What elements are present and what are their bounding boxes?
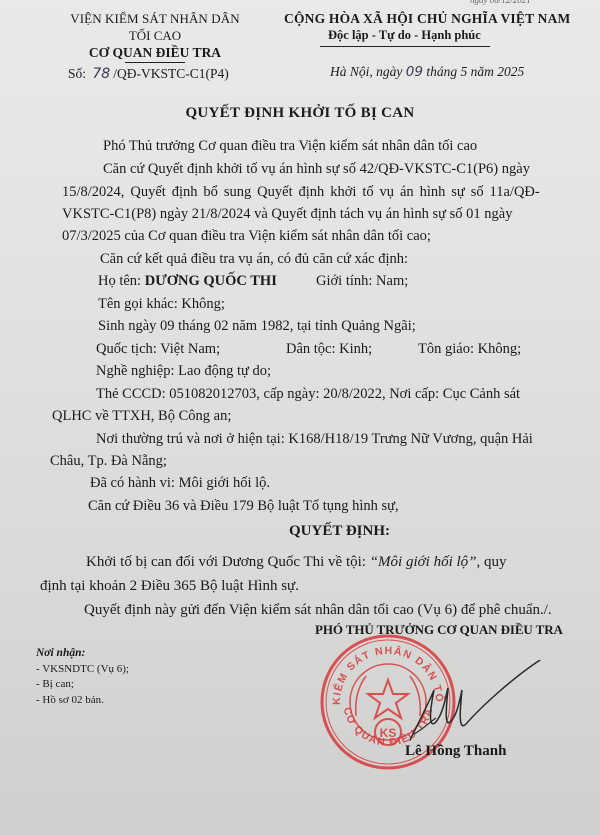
issuer-line: Phó Thủ trưởng Cơ quan điều tra Viện kiể… — [103, 138, 477, 155]
residence-line2: Châu, Tp. Đà Nẵng; — [50, 453, 167, 470]
basis1-line2: 15/8/2024, Quyết định bổ sung Quyết định… — [62, 184, 540, 201]
legal-basis: Căn cứ Điều 36 và Điều 179 Bộ luật Tố tụ… — [88, 498, 399, 515]
recipient-item: - Bị can; — [36, 677, 129, 693]
decision-line2: định tại khoản 2 Điều 365 Bộ luật Hình s… — [40, 578, 299, 595]
agency-underline — [125, 62, 185, 63]
agency-name-line1: VIỆN KIỂM SÁT NHÂN DÂN — [40, 10, 270, 27]
basis1-line3: VKSTC-C1(P8) ngày 21/8/2024 và Quyết địn… — [62, 206, 512, 223]
issuing-agency-block: VIỆN KIỂM SÁT NHÂN DÂN TỐI CAO CƠ QUAN Đ… — [40, 10, 270, 63]
signer-name: Lê Hồng Thanh — [405, 743, 506, 760]
ethnicity: Dân tộc: Kinh; — [286, 341, 372, 358]
handwritten-day: 09 — [406, 64, 423, 80]
national-motto: Độc lập - Tự do - Hạnh phúc — [284, 27, 600, 44]
place-date-prefix: Hà Nội, ngày — [330, 64, 402, 79]
document-title: QUYẾT ĐỊNH KHỞI TỐ BỊ CAN — [0, 105, 600, 122]
place-date: Hà Nội, ngày 09 tháng 5 năm 2025 — [330, 64, 524, 80]
number-label: Số: — [68, 66, 86, 81]
svg-text:KS: KS — [380, 726, 397, 740]
id-card-line1: Thẻ CCCD: 051082012703, cấp ngày: 20/8/2… — [96, 386, 520, 403]
defendant-name: DƯƠNG QUỐC THI — [145, 273, 277, 289]
residence-line1: Nơi thường trú và nơi ở hiện tại: K168/H… — [96, 431, 533, 448]
handwritten-number: 78 — [89, 66, 113, 82]
place-date-suffix: tháng 5 năm 2025 — [426, 64, 524, 79]
agency-name-line2: TỐI CAO — [40, 27, 270, 44]
recipient-item: - Hồ sơ 02 bản. — [36, 693, 129, 709]
decision-text: Khởi tố bị can đối với Dương Quốc Thi về… — [86, 554, 370, 570]
alias: Tên gọi khác: Không; — [98, 296, 225, 313]
recipient-item: - VKSNDTC (Vụ 6); — [36, 662, 129, 678]
gender: Giới tính: Nam; — [316, 273, 408, 290]
name-label: Họ tên: — [98, 273, 141, 289]
basis1-line4: 07/3/2025 của Cơ quan điều tra Viện kiểm… — [62, 228, 431, 245]
defendant-name-line: Họ tên: DƯƠNG QUỐC THI — [98, 273, 277, 290]
national-header-block: CỘNG HÒA XÃ HỘI CHỦ NGHĨA VIỆT NAM Độc l… — [284, 10, 600, 47]
id-card-line2: QLHC về TTXH, Bộ Công an; — [52, 408, 231, 425]
decision-heading: QUYẾT ĐỊNH: — [289, 523, 390, 540]
recipients-heading: Nơi nhận: — [36, 646, 129, 662]
basis1-line1: Căn cứ Quyết định khởi tố vụ án hình sự … — [103, 161, 530, 178]
document-number: Số: 78/QĐ-VKSTC-C1(P4) — [68, 66, 229, 82]
occupation: Nghề nghiệp: Lao động tự do; — [96, 363, 271, 380]
basis2-line: Căn cứ kết quả điều tra vụ án, có đủ căn… — [100, 251, 408, 268]
agency-department: CƠ QUAN ĐIỀU TRA — [40, 44, 270, 61]
decision-line1: Khởi tố bị can đối với Dương Quốc Thi về… — [86, 554, 507, 571]
crime-name: “Môi giới hối lộ” — [370, 554, 477, 570]
religion: Tôn giáo: Không; — [418, 341, 521, 358]
decision-text-suffix: , quy — [477, 554, 507, 570]
recipients-block: Nơi nhận: - VKSNDTC (Vụ 6); - Bị can; - … — [36, 646, 129, 708]
motto-underline — [320, 46, 490, 47]
handwritten-signature-icon — [400, 660, 550, 750]
nation-name: CỘNG HÒA XÃ HỘI CHỦ NGHĨA VIỆT NAM — [284, 10, 600, 27]
criminal-act: Đã có hành vi: Môi giới hối lộ. — [90, 475, 270, 492]
birth-info: Sinh ngày 09 tháng 02 năm 1982, tại tỉnh… — [98, 318, 416, 335]
corner-note: ngày 08/12/2021 — [470, 0, 531, 5]
number-suffix: /QĐ-VKSTC-C1(P4) — [113, 66, 229, 81]
signatory-title: PHÓ THỦ TRƯỞNG CƠ QUAN ĐIỀU TRA — [315, 622, 563, 638]
decision-line3: Quyết định này gửi đến Viện kiểm sát nhâ… — [84, 602, 552, 619]
nationality: Quốc tịch: Việt Nam; — [96, 341, 220, 358]
